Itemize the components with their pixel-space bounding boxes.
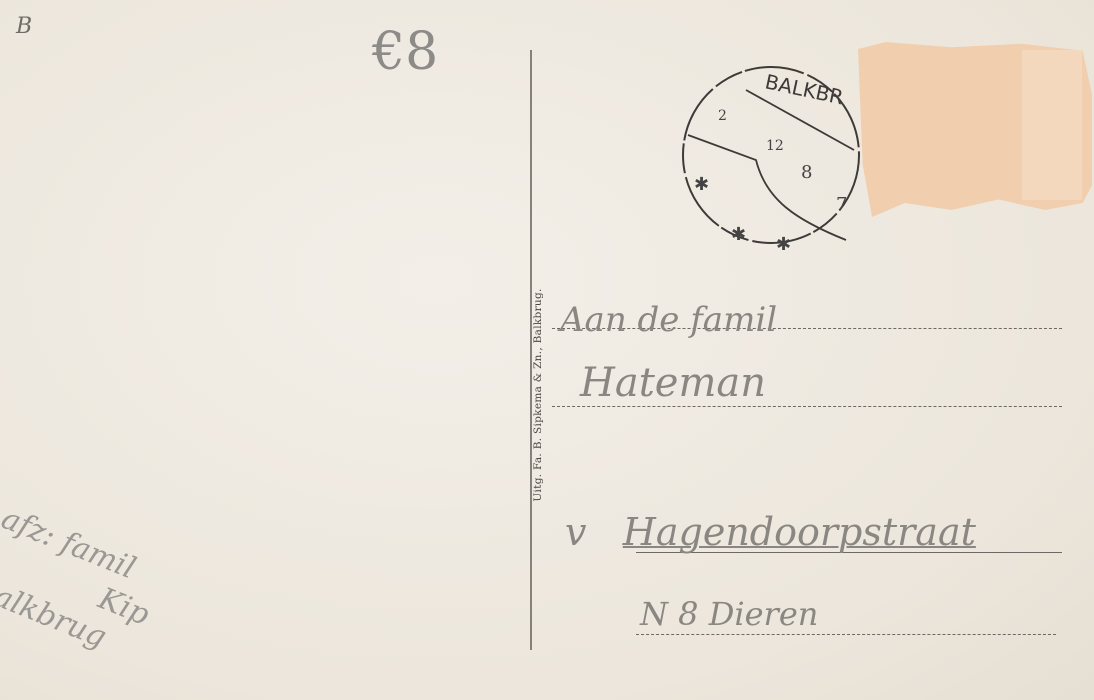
svg-text:✱: ✱	[731, 224, 746, 245]
svg-text:8: 8	[801, 162, 812, 183]
publisher-imprint: Uitg. Fa. B. Sipkema & Zn., Balkbrug.	[528, 260, 548, 530]
address-prefix: v	[565, 510, 586, 554]
removed-stamp-residue	[858, 42, 1092, 217]
svg-text:BALKBR: BALKBR	[763, 69, 846, 109]
svg-text:✱: ✱	[776, 234, 791, 255]
publisher-text: Uitg. Fa. B. Sipkema & Zn., Balkbrug.	[532, 288, 544, 501]
svg-text:7: 7	[836, 194, 847, 215]
sender-note: afz: famil Kip Balkbrug	[0, 500, 169, 668]
address-rule-2	[552, 406, 1062, 407]
address-line-3: v Hagendoorpstraat	[565, 510, 976, 554]
svg-text:2: 2	[718, 108, 727, 124]
address-line-2: Hateman	[580, 360, 766, 406]
postcard: B €8 Uitg. Fa. B. Sipkema & Zn., Balkbru…	[0, 0, 1094, 700]
postmark-icon: BALKBR 2 12 8 7 ✱ ✱ ✱	[676, 50, 866, 260]
address-rule-4	[636, 634, 1056, 635]
address-line-1: Aan de famil	[560, 300, 777, 340]
address-line-4: N 8 Dieren	[640, 595, 818, 633]
svg-text:✱: ✱	[694, 174, 709, 195]
svg-text:12: 12	[766, 138, 784, 154]
corner-mark: B	[16, 14, 32, 39]
price-note: €8	[372, 22, 438, 82]
address-street: Hagendoorpstraat	[623, 510, 976, 554]
